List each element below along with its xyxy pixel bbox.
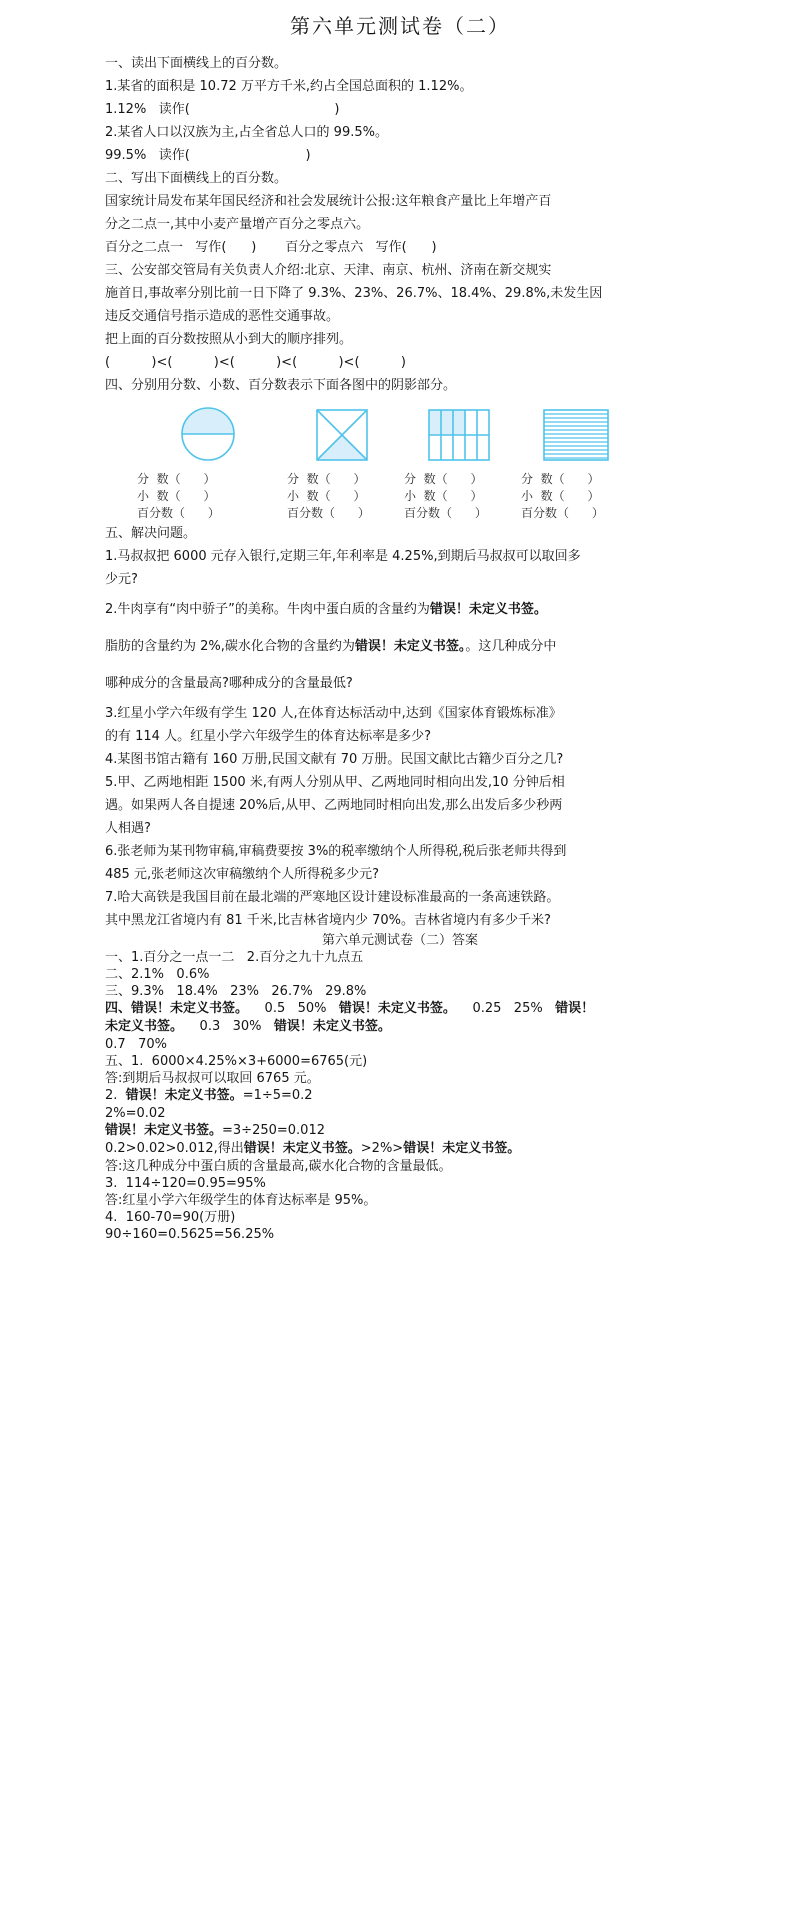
striped-rect-figure — [543, 405, 609, 461]
answer-key-title: 第六单元测试卷（二）答案 — [105, 932, 695, 949]
answer-values: 0.25 25% — [456, 1001, 555, 1016]
grid-5x2-figure — [428, 405, 490, 461]
answer-problem2-line3: 错误！未定义书签。=3÷250=0.012 — [105, 1122, 695, 1140]
answer-problem2-statement: 答:这几种成分中蛋白质的含量最高,碳水化合物的含量最低。 — [105, 1158, 695, 1175]
figure2-labels: 分 数（ ） 小 数（ ） 百分数（ ） — [283, 471, 400, 522]
bookmark-error-text: 错误！未定义书签。 — [126, 1088, 243, 1103]
problem5-line2: 遇。如果两人各自提速 20%后,从甲、乙两地同时相向出发,那么出发后多少秒两 — [105, 794, 695, 817]
section3-line3: 违反交通信号指示造成的恶性交通事故。 — [105, 305, 695, 328]
figure-column-square: 分 数（ ） 小 数（ ） 百分数（ ） — [283, 405, 400, 522]
problem2-line1-text: 2.牛肉享有“肉中骄子”的美称。牛肉中蛋白质的含量约为 — [105, 602, 430, 617]
answer-problem2-line2: 2%=0.02 — [105, 1105, 695, 1122]
problem2-line3: 哪种成分的含量最高?哪种成分的含量最低? — [105, 665, 695, 702]
section3-line1: 三、公安部交管局有关负责人介绍:北京、天津、南京、杭州、济南在新交规实 — [105, 259, 695, 282]
problem3-line1: 3.红星小学六年级有学生 120 人,在体育达标活动中,达到《国家体育锻炼标准》 — [105, 702, 695, 725]
section1-q2-read-blank: 99.5% 读作( ) — [105, 144, 695, 167]
answer-section1: 一、1.百分之一点一二 2.百分之九十九点五 — [105, 949, 695, 966]
decimal-label: 小 数（ ） — [521, 488, 634, 505]
answer-values: 0.3 30% — [183, 1019, 274, 1034]
answer-section3: 三、9.3% 18.4% 23% 26.7% 29.8% — [105, 983, 695, 1000]
bookmark-error-text: 错误！未定义书签。 — [339, 1001, 456, 1016]
bookmark-error-text: 错误！未定义书签。 — [403, 1141, 520, 1156]
fraction-label: 分 数（ ） — [137, 471, 283, 488]
problem7-line1: 7.哈大高铁是我国目前在最北端的严寒地区设计建设标准最高的一条高速铁路。 — [105, 886, 695, 909]
figure1-labels: 分 数（ ） 小 数（ ） 百分数（ ） — [133, 471, 283, 522]
answer-problem4-work2: 90÷160=0.5625=56.25% — [105, 1226, 695, 1243]
square-diagonals-figure — [316, 405, 368, 461]
answer-key-section: 第六单元测试卷（二）答案 一、1.百分之一点一二 2.百分之九十九点五 二、2.… — [105, 932, 695, 1243]
problem2-line2-tail: 。这几种成分中 — [465, 639, 556, 654]
problem6-line1: 6.张老师为某刊物审稿,审稿费要按 3%的税率缴纳个人所得税,税后张老师共得到 — [105, 840, 695, 863]
problem4-line1: 4.某图书馆古籍有 160 万册,民国文献有 70 万册。民国文献比古籍少百分之… — [105, 748, 695, 771]
figure-column-stripes: 分 数（ ） 小 数（ ） 百分数（ ） — [517, 405, 634, 522]
problem5-line3: 人相遇? — [105, 817, 695, 840]
answer-expression: =3÷250=0.012 — [222, 1123, 325, 1138]
answer-problem2-line1: 2. 错误！未定义书签。=1÷5=0.2 — [105, 1087, 695, 1105]
answer-comparison: 0.2>0.02>0.012,得出 — [105, 1141, 244, 1156]
section2-write-blanks: 百分之二点一 写作( ) 百分之零点六 写作( ) — [105, 236, 695, 259]
answer-problem3-work: 3. 114÷120=0.95=95% — [105, 1175, 695, 1192]
figure-column-circle: 分 数（ ） 小 数（ ） 百分数（ ） — [133, 405, 283, 522]
figures-row: 分 数（ ） 小 数（ ） 百分数（ ） 分 数（ ） 小 数（ ） — [133, 405, 695, 522]
answer-problem2-line4: 0.2>0.02>0.012,得出错误！未定义书签。>2%>错误！未定义书签。 — [105, 1140, 695, 1158]
answer-comparison: >2%> — [361, 1141, 403, 1156]
problem1-line1: 1.马叔叔把 6000 元存入银行,定期三年,年利率是 4.25%,到期后马叔叔… — [105, 545, 695, 568]
percent-label: 百分数（ ） — [137, 505, 283, 522]
problem2-line2-text: 脂肪的含量约为 2%,碳水化合物的含量约为 — [105, 639, 355, 654]
answer-number: 2. — [105, 1088, 126, 1103]
section2-heading: 二、写出下面横线上的百分数。 — [105, 167, 695, 190]
problem3-line2: 的有 114 人。红星小学六年级学生的体育达标率是多少? — [105, 725, 695, 748]
problem1-line2: 少元? — [105, 568, 695, 591]
bookmark-error-text: 错误！未定义书签。 — [430, 602, 547, 617]
decimal-label: 小 数（ ） — [137, 488, 283, 505]
exam-title: 第六单元测试卷（二） — [105, 12, 695, 40]
circle-half-shaded-figure — [181, 405, 235, 461]
problem7-line2: 其中黑龙江省境内有 81 千米,比吉林省境内少 70%。吉林省境内有多少千米? — [105, 909, 695, 932]
bookmark-error-text: 错误！未定义书签。 — [274, 1019, 391, 1034]
answer-problem1-work: 五、1. 6000×4.25%×3+6000=6765(元) — [105, 1053, 695, 1070]
bookmark-error-text: 四、错误！未定义书签。 — [105, 1001, 248, 1016]
answer-problem1-statement: 答:到期后马叔叔可以取回 6765 元。 — [105, 1070, 695, 1087]
section1-q1-read-blank: 1.12% 读作( ) — [105, 98, 695, 121]
problem2-line2: 脂肪的含量约为 2%,碳水化合物的含量约为错误！未定义书签。。这几种成分中 — [105, 628, 695, 665]
answer-problem3-statement: 答:红星小学六年级学生的体育达标率是 95%。 — [105, 1192, 695, 1209]
section3-order-instruction: 把上面的百分数按照从小到大的顺序排列。 — [105, 328, 695, 351]
answer-section4-line1: 四、错误！未定义书签。 0.5 50% 错误！未定义书签。 0.25 25% 错… — [105, 1000, 695, 1018]
section2-line2: 分之二点一,其中小麦产量增产百分之零点六。 — [105, 213, 695, 236]
percent-label: 百分数（ ） — [404, 505, 517, 522]
bookmark-error-text: 错误！未定义书签。 — [355, 639, 466, 654]
figure4-labels: 分 数（ ） 小 数（ ） 百分数（ ） — [517, 471, 634, 522]
decimal-label: 小 数（ ） — [404, 488, 517, 505]
bookmark-error-text: 错误！未定义书签。 — [244, 1141, 361, 1156]
section1-heading: 一、读出下面横线上的百分数。 — [105, 52, 695, 75]
problem6-line2: 485 元,张老师这次审稿缴纳个人所得税多少元? — [105, 863, 695, 886]
bookmark-error-text: 错误！ — [555, 1001, 594, 1016]
section2-line1: 国家统计局发布某年国民经济和社会发展统计公报:这年粮食产量比上年增产百 — [105, 190, 695, 213]
percent-label: 百分数（ ） — [287, 505, 400, 522]
fraction-label: 分 数（ ） — [521, 471, 634, 488]
test-paper-page: 第六单元测试卷（二） 一、读出下面横线上的百分数。 1.某省的面积是 10.72… — [0, 0, 800, 1932]
answer-section2: 二、2.1% 0.6% — [105, 966, 695, 983]
figure3-labels: 分 数（ ） 小 数（ ） 百分数（ ） — [400, 471, 517, 522]
answer-expression: =1÷5=0.2 — [243, 1088, 313, 1103]
figure-column-grid: 分 数（ ） 小 数（ ） 百分数（ ） — [400, 405, 517, 522]
problem2-line1: 2.牛肉享有“肉中骄子”的美称。牛肉中蛋白质的含量约为错误！未定义书签。 — [105, 591, 695, 628]
decimal-label: 小 数（ ） — [287, 488, 400, 505]
answer-section4-line3: 0.7 70% — [105, 1036, 695, 1053]
section1-q2: 2.某省人口以汉族为主,占全省总人口的 99.5%。 — [105, 121, 695, 144]
answer-section4-line2: 未定义书签。 0.3 30% 错误！未定义书签。 — [105, 1018, 695, 1036]
fraction-label: 分 数（ ） — [287, 471, 400, 488]
section3-order-blanks: ( )<( )<( )<( )<( ) — [105, 351, 695, 374]
answer-values: 0.5 50% — [248, 1001, 339, 1016]
problem5-line1: 5.甲、乙两地相距 1500 米,有两人分别从甲、乙两地同时相向出发,10 分钟… — [105, 771, 695, 794]
section5-heading: 五、解决问题。 — [105, 522, 695, 545]
fraction-label: 分 数（ ） — [404, 471, 517, 488]
section1-q1: 1.某省的面积是 10.72 万平方千米,约占全国总面积的 1.12%。 — [105, 75, 695, 98]
section3-line2: 施首日,事故率分别比前一日下降了 9.3%、23%、26.7%、18.4%、29… — [105, 282, 695, 305]
section4-heading: 四、分别用分数、小数、百分数表示下面各图中的阴影部分。 — [105, 374, 695, 397]
answer-problem4-work1: 4. 160-70=90(万册) — [105, 1209, 695, 1226]
percent-label: 百分数（ ） — [521, 505, 634, 522]
bookmark-error-text: 错误！未定义书签。 — [105, 1123, 222, 1138]
bookmark-error-text: 未定义书签。 — [105, 1019, 183, 1034]
